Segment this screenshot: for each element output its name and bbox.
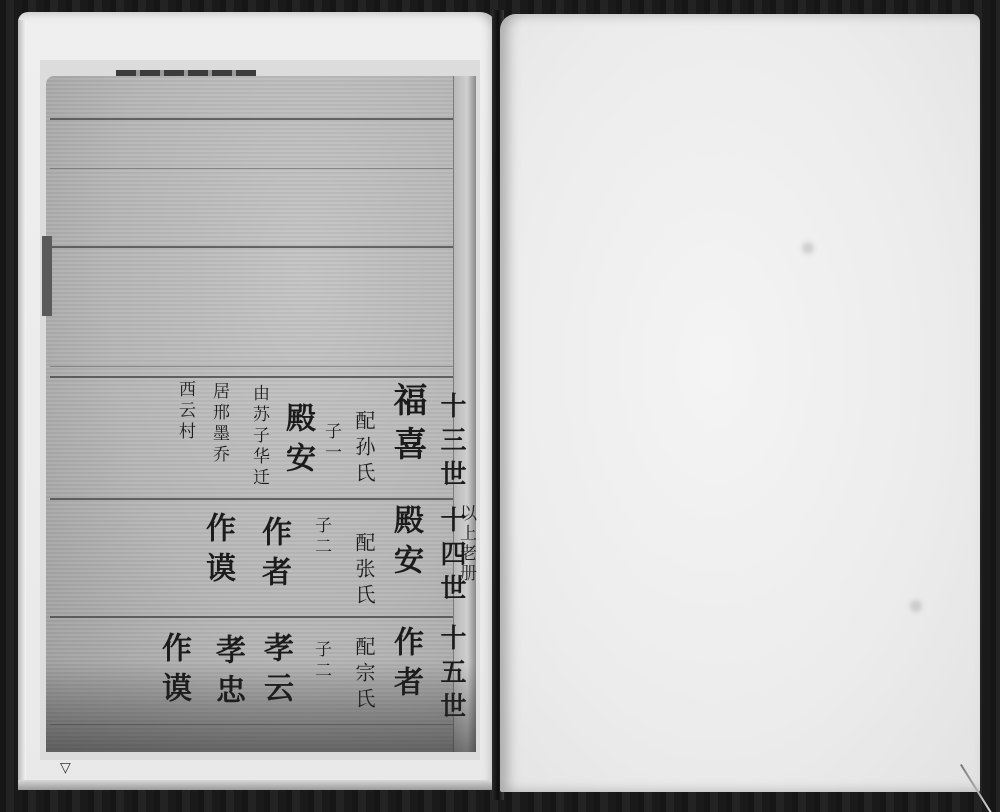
ancestor-name: 福喜 — [390, 382, 424, 470]
rule-line — [50, 366, 454, 367]
migration-note: 居邢墨乔 — [210, 382, 227, 466]
genealogy-sheet: 以上老册 十三世 福喜 配孙氏 子一 殿安 由苏子华迁 居邢墨乔 西云村 十四世… — [46, 76, 476, 752]
sheet-tab — [42, 236, 52, 316]
page-bottom-edge — [18, 780, 498, 790]
shadow — [46, 662, 476, 752]
spouse: 配孙氏 — [354, 410, 374, 488]
generation-label-14: 十四世 — [438, 506, 464, 608]
rule-line — [50, 376, 454, 378]
ancestor-name: 殿安 — [390, 504, 420, 584]
rule-line — [50, 118, 454, 120]
child-name: 殿安 — [282, 402, 312, 482]
migration-note: 由苏子华迁 — [250, 384, 267, 489]
rule-line — [50, 498, 454, 500]
child-name: 作谟 — [202, 512, 232, 592]
child-name: 作者 — [258, 516, 288, 596]
paper-spot — [910, 600, 922, 612]
folio-mark: ▽ — [60, 760, 80, 774]
rule-line — [50, 246, 454, 248]
children-count: 子一 — [322, 422, 339, 464]
paper-spot — [802, 242, 814, 254]
rule-line — [50, 168, 454, 169]
children-count: 子二 — [312, 516, 329, 558]
migration-note: 西云村 — [176, 380, 193, 443]
rule-line — [50, 616, 454, 618]
generation-label-13: 十三世 — [438, 392, 464, 494]
torn-top-edge — [116, 70, 256, 76]
page-edge — [18, 20, 26, 780]
spouse: 配张氏 — [354, 532, 374, 610]
right-page-blank — [500, 14, 980, 792]
